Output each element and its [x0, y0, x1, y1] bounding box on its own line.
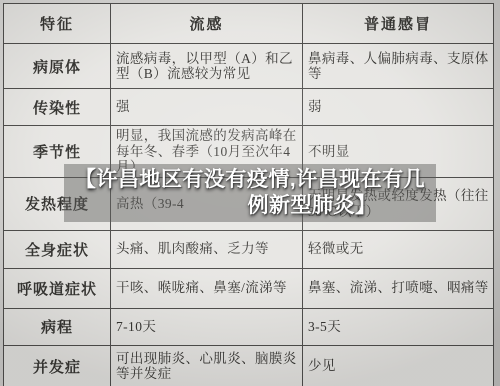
flu-cell: 强 — [111, 89, 303, 126]
col-header-feature: 特征 — [4, 4, 111, 44]
flu-vs-cold-table-photo: 特征 流感 普通感冒 病原体 流感病毒，以甲型（A）和乙型（B）流感较为常见 鼻… — [0, 0, 500, 386]
row-label: 传染性 — [4, 89, 111, 126]
table-row-respiratory-symptoms: 呼吸道症状 干咳、喉咙痛、鼻塞/流涕等 鼻塞、流涕、打喷嚏、咽痛等 — [4, 268, 494, 308]
flu-cell: 流感病毒，以甲型（A）和乙型（B）流感较为常见 — [111, 44, 303, 89]
col-header-common-cold: 普通感冒 — [303, 4, 494, 44]
col-header-flu: 流感 — [111, 4, 303, 44]
header-row: 特征 流感 普通感冒 — [4, 4, 494, 44]
table-row-disease-course: 病程 7-10天 3-5天 — [4, 308, 494, 345]
row-label: 并发症 — [4, 345, 111, 386]
cold-cell: 鼻病毒、人偏肺病毒、支原体等 — [303, 44, 494, 89]
flu-cell: 干咳、喉咙痛、鼻塞/流涕等 — [111, 268, 303, 308]
table-row-contagiousness: 传染性 强 弱 — [4, 89, 494, 126]
caption-overlay-band: 【许昌地区有没有疫情,许昌现在有几 例新型肺炎】 — [64, 164, 436, 222]
row-label: 呼吸道症状 — [4, 268, 111, 308]
row-label: 全身症状 — [4, 230, 111, 268]
cold-cell: 3-5天 — [303, 308, 494, 345]
flu-cell: 可出现肺炎、心肌炎、脑膜炎等并发症 — [111, 345, 303, 386]
cold-cell: 鼻塞、流涕、打喷嚏、咽痛等 — [303, 268, 494, 308]
cold-cell: 弱 — [303, 89, 494, 126]
caption-line-2: 例新型肺炎】 — [248, 193, 377, 219]
row-label: 病程 — [4, 308, 111, 345]
caption-line-1: 【许昌地区有没有疫情,许昌现在有几 — [75, 167, 425, 193]
table-row-systemic-symptoms: 全身症状 头痛、肌肉酸痛、乏力等 轻微或无 — [4, 230, 494, 268]
table-row-complications: 并发症 可出现肺炎、心肌炎、脑膜炎等并发症 少见 — [4, 345, 494, 386]
flu-cell: 头痛、肌肉酸痛、乏力等 — [111, 230, 303, 268]
flu-cell: 7-10天 — [111, 308, 303, 345]
cold-cell: 轻微或无 — [303, 230, 494, 268]
table-row-pathogen: 病原体 流感病毒，以甲型（A）和乙型（B）流感较为常见 鼻病毒、人偏肺病毒、支原… — [4, 44, 494, 89]
cold-cell: 少见 — [303, 345, 494, 386]
row-label: 病原体 — [4, 44, 111, 89]
